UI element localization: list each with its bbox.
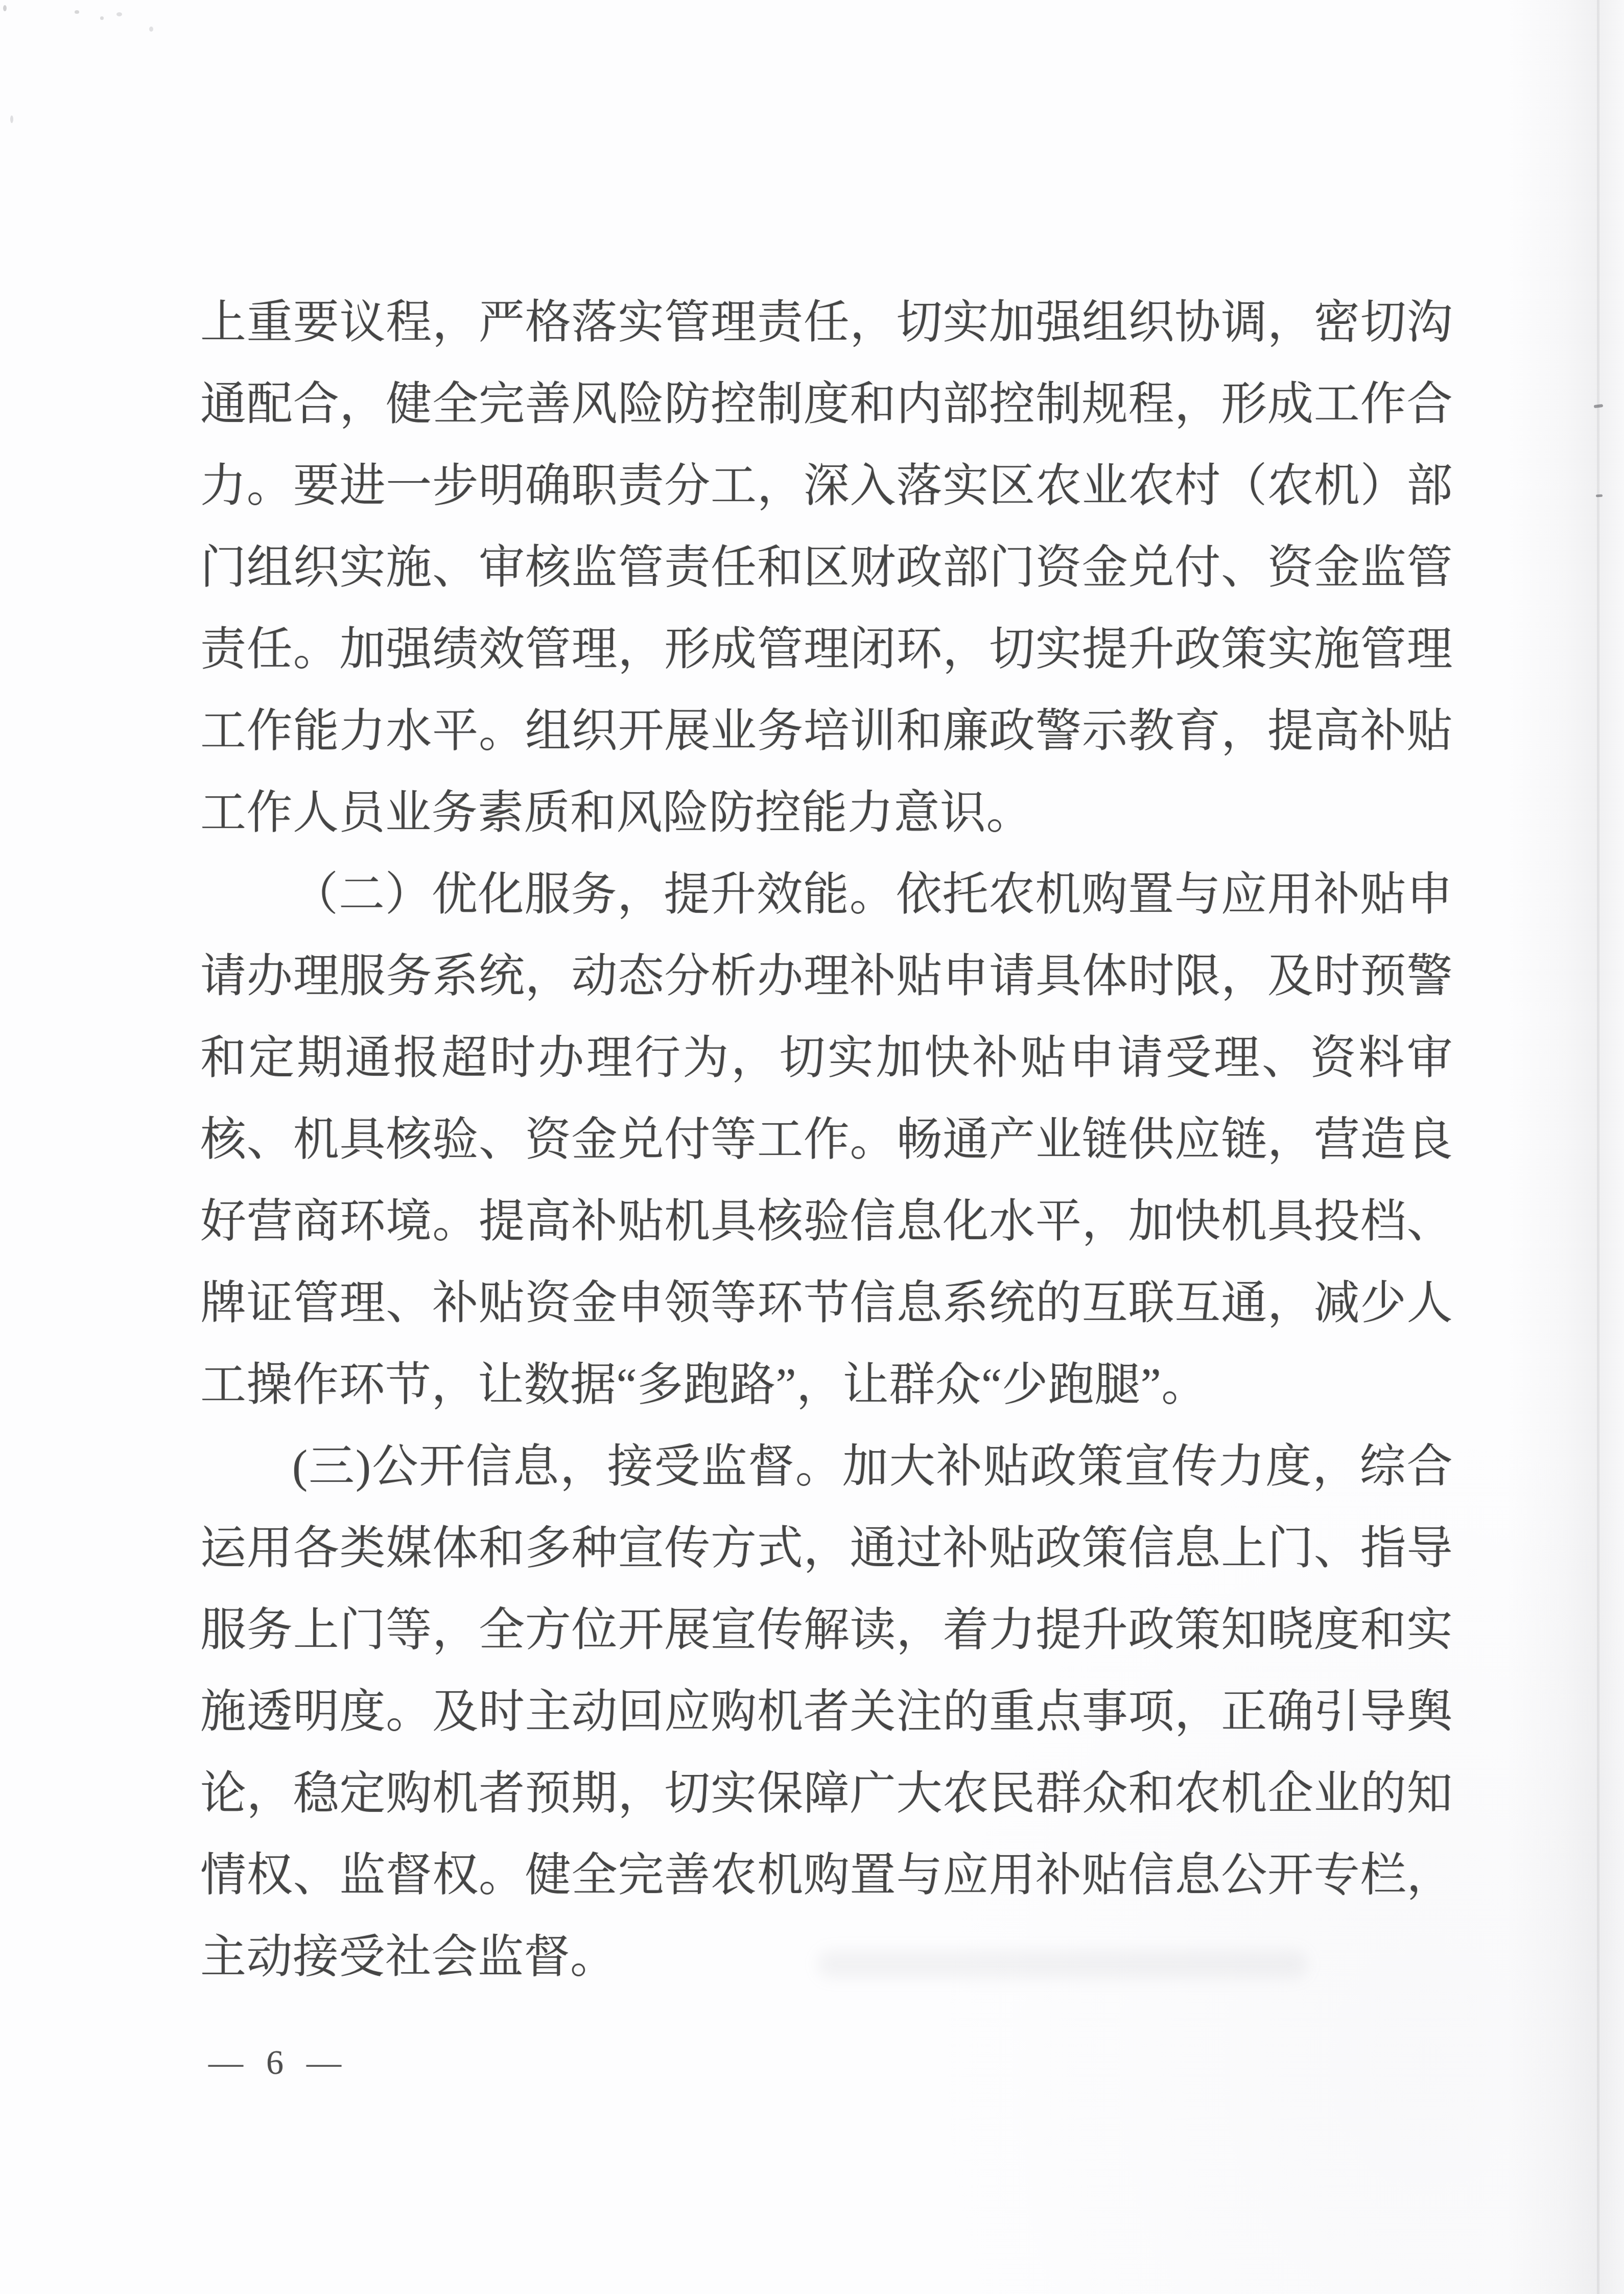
page-number: — 6 — — [208, 2042, 348, 2083]
scan-mark — [1596, 494, 1603, 497]
scan-speck — [75, 10, 79, 14]
scanned-document-page: 上重要议程，严格落实管理责任，切实加强组织协调，密切沟通配合，健全完善风险防控制… — [0, 0, 1624, 2294]
scan-speck — [116, 12, 122, 16]
paragraph-continuation: 上重要议程，严格落实管理责任，切实加强组织协调，密切沟通配合，健全完善风险防控制… — [200, 282, 1453, 854]
scan-edge-line — [1597, 0, 1599, 2294]
scan-mark — [1594, 404, 1604, 408]
scan-edge-shadow — [1507, 0, 1624, 2294]
scan-speck — [10, 115, 13, 123]
scan-speck — [3, 5, 7, 11]
scan-speck — [149, 27, 153, 32]
paragraph-section-2: （二）优化服务，提升效能。依托农机购置与应用补贴申请办理服务系统，动态分析办理补… — [200, 854, 1453, 1426]
scan-speck — [100, 16, 104, 20]
document-body-text: 上重要议程，严格落实管理责任，切实加强组织协调，密切沟通配合，健全完善风险防控制… — [200, 282, 1453, 1998]
paragraph-section-3: (三)公开信息，接受监督。加大补贴政策宣传力度，综合运用各类媒体和多种宣传方式，… — [200, 1426, 1453, 1998]
